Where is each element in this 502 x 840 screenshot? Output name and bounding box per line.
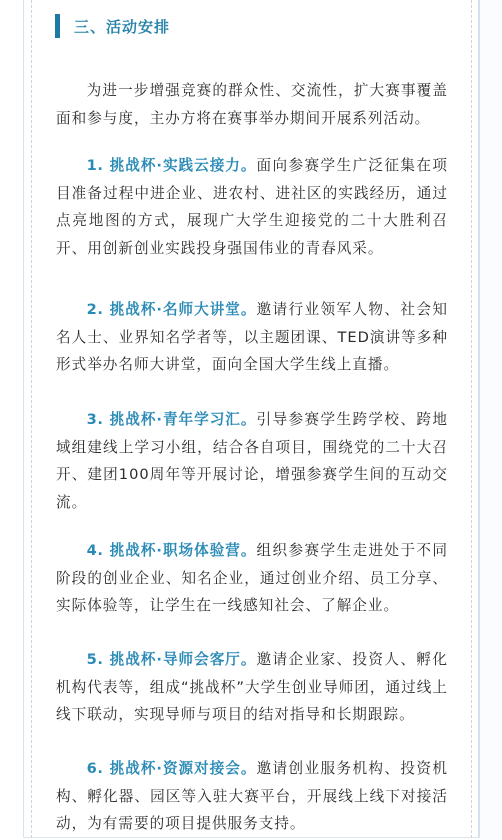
activity-item-3: 3. 挑战杯·青年学习汇。引导参赛学生跨学校、跨地域组建线上学习小组，结合各自项… (56, 406, 448, 516)
activity-item-2: 2. 挑战杯·名师大讲堂。邀请行业领军人物、社会知名人士、业界知名学者等，以主题… (56, 296, 448, 379)
page-margin-right (480, 0, 502, 840)
heading-accent-bar (55, 14, 60, 38)
activity-title: 6. 挑战杯·资源对接会。 (87, 760, 257, 777)
activity-item-5: 5. 挑战杯·导师会客厅。邀请企业家、投资人、孵化机构代表等，组成“挑战杯”大学… (56, 646, 448, 729)
activity-title: 4. 挑战杯·职场体验营。 (87, 542, 257, 559)
frame-border-left (23, 0, 24, 838)
section-title: 三、活动安排 (74, 16, 170, 37)
frame-border-right (478, 0, 480, 838)
dashed-border-right (471, 0, 472, 838)
section-heading: 三、活动安排 (55, 14, 170, 38)
activity-item-1: 1. 挑战杯·实践云接力。面向参赛学生广泛征集在项目准备过程中进企业、进农村、进… (56, 152, 448, 262)
activity-title: 3. 挑战杯·青年学习汇。 (87, 411, 257, 428)
activity-item-6: 6. 挑战杯·资源对接会。邀请创业服务机构、投资机构、孵化器、园区等入驻大赛平台… (56, 755, 448, 838)
intro-paragraph: 为进一步增强竞赛的群众性、交流性，扩大赛事覆盖面和参与度，主办方将在赛事举办期间… (56, 77, 448, 132)
activity-title: 1. 挑战杯·实践云接力。 (87, 157, 257, 174)
activity-item-4: 4. 挑战杯·职场体验营。组织参赛学生走进处于不同阶段的创业企业、知名企业，通过… (56, 537, 448, 620)
dashed-border-left (31, 0, 32, 838)
activity-title: 2. 挑战杯·名师大讲堂。 (87, 301, 257, 318)
activity-title: 5. 挑战杯·导师会客厅。 (87, 651, 257, 668)
